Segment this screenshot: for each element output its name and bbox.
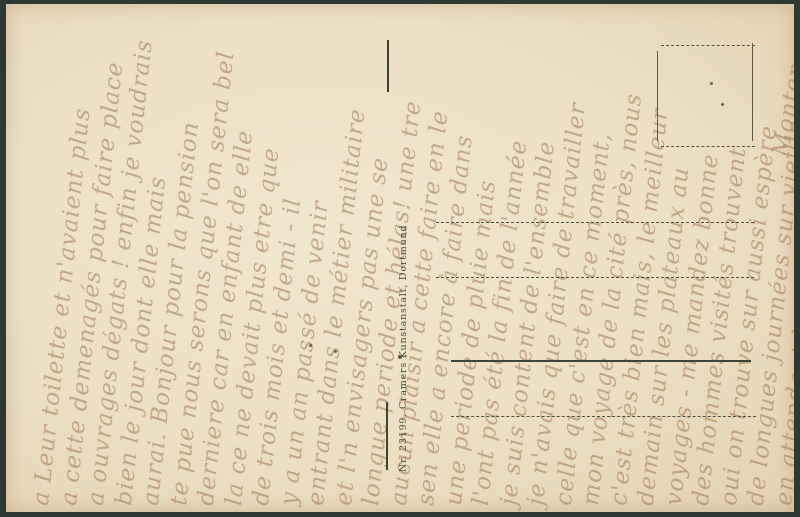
handwriting-line: voyages - me mandez bonne — [661, 152, 724, 506]
ink-spot — [398, 355, 402, 359]
handwriting-line: et l'n envisagers pas une se — [331, 156, 393, 507]
handwriting-line: de trois mois et demi - il — [248, 197, 306, 507]
handwriting-line: celle que c'est en ce moment, — [551, 131, 616, 506]
handwriting-line: te pue nous serons que l'on sera bel — [166, 50, 240, 507]
handwriting-line: en attendant la nuit — [771, 255, 795, 507]
ink-spot — [721, 103, 724, 106]
ink-spot — [309, 344, 312, 347]
stamp-box-right-edge — [752, 43, 753, 141]
ink-spot — [334, 350, 337, 353]
handwriting-line: une periode de pluie mais — [441, 179, 501, 507]
handwriting-line: a cette demenagés pour faire place — [56, 60, 128, 506]
handwriting-line: de longues journées sur vieille — [743, 119, 794, 507]
stamp-box-bottom-edge — [661, 146, 755, 147]
address-line-1 — [436, 222, 754, 223]
handwriting-line: a Leur toilette et n'avaient plus — [28, 107, 96, 507]
handwriting-line: oui on trouve sur aussi espère — [716, 124, 782, 507]
handwriting-line: la ce ne devait plus etre que — [221, 146, 284, 507]
handwriting-line: des hommes visités trouvent — [688, 145, 752, 506]
handwriting-line: derniere car en enfant de elle — [193, 129, 258, 507]
postcard-back: a Leur toilette et n'avaient plusa cette… — [6, 4, 794, 512]
address-line-4 — [451, 416, 756, 417]
stamp-box-left-edge — [657, 51, 658, 141]
handwriting-line: aucun plaisir a cette faire en le — [386, 109, 453, 507]
publisher-imprint: Nr. 23199. Cramers Kunstanstalt, Dortmun… — [398, 225, 409, 472]
handwriting-line: c'est très bien mais, le meilleur — [606, 107, 674, 507]
handwriting-line: sen elle a encore à faire dans — [413, 134, 478, 507]
handwriting-line: longue periode et hélas! une tre — [358, 99, 426, 507]
imprint-rule-bottom — [386, 402, 388, 470]
handwriting-line: entrant dans le métier militaire — [303, 107, 371, 507]
handwriting-line: demain sur les plateaux au — [633, 166, 694, 507]
handwriting-line: l'ont pas été la fin de l'année — [468, 139, 532, 507]
margin-signature: Montenay — [768, 31, 794, 158]
handwriting-line: je n'avais que faire de travailler — [523, 101, 591, 507]
handwriting-line: je suis content de l'ensemble — [496, 139, 560, 506]
stamp-box — [657, 43, 755, 147]
handwriting-line: y a un an passé de venir — [276, 199, 334, 507]
stamp-box-top-edge — [661, 45, 755, 46]
address-line-3 — [451, 360, 751, 362]
handwriting-line: bien le jour dont elle mais — [111, 175, 171, 507]
handwriting-line: aurai. Bonjour pour la pension — [138, 120, 204, 507]
address-line-2 — [436, 277, 754, 278]
ink-spot — [710, 82, 713, 85]
imprint-rule-top — [387, 40, 389, 92]
handwriting-line: mon voyage de la cité près, nous — [578, 92, 647, 507]
handwriting-line: a ouvrages dégats ! enfin je voudrais — [83, 38, 158, 506]
